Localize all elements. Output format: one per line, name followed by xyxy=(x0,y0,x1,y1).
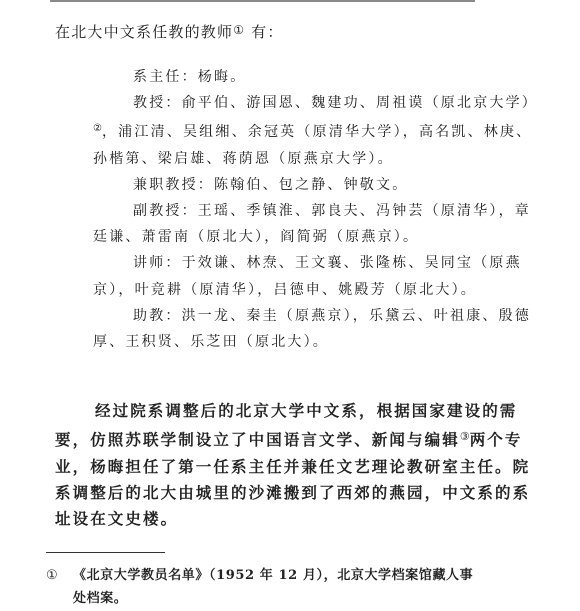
intro-line: 在北大中文系任教的教师①有： xyxy=(55,20,284,42)
staff-list: 系主任：杨晦。 教授：俞平伯、游国恩、魏建功、周祖谟（原北京大学）②，浦江清、吴… xyxy=(93,64,533,355)
footnote-separator xyxy=(46,552,165,553)
staff-item-department-head: 系主任：杨晦。 xyxy=(93,64,533,90)
footnote-number: ① xyxy=(46,564,73,610)
staff-item-associate-professors: 副教授：王瑶、季镇淮、郭良夫、冯钟芸（原清华），章廷谦、萧雷南（原北大），阎简弼… xyxy=(93,198,533,250)
footnote-reference-3[interactable]: ③ xyxy=(460,430,470,443)
staff-item-adjunct-professors: 兼职教授：陈翰伯、包之静、钟敬文。 xyxy=(93,172,533,198)
staff-item-assistants: 助教：洪一龙、秦圭（原燕京），乐黛云、叶祖康、殷德厚、王积贤、乐芝田（原北大）。 xyxy=(93,303,533,355)
staff-item-lecturers: 讲师：于效谦、林焘、王文襄、张隆栋、吴同宝（原燕京），叶竞耕（原清华），吕德申、… xyxy=(93,250,533,302)
body-paragraph: 经过院系调整后的北京大学中文系，根据国家建设的需要，仿照苏联学制设立了中国语言文… xyxy=(55,398,535,532)
footnote-text: 《北京大学教员名单》（1952 年 12 月），北京大学档案馆藏人事处档案。 xyxy=(73,564,486,610)
footnote-reference-2[interactable]: ② xyxy=(93,123,102,134)
staff-item-professors: 教授：俞平伯、游国恩、魏建功、周祖谟（原北京大学）②，浦江清、吴组缃、余冠英（原… xyxy=(93,90,533,172)
footnote-1: ① 《北京大学教员名单》（1952 年 12 月），北京大学档案馆藏人事处档案。 xyxy=(46,564,486,610)
professors-text-continued: ，浦江清、吴组缃、余冠英（原清华大学），高名凯、林庚、孙楷第、梁启雄、蒋荫恩（原… xyxy=(93,124,532,166)
intro-text: 在北大中文系任教的教师 xyxy=(55,23,233,41)
professors-text: 教授：俞平伯、游国恩、魏建功、周祖谟（原北京大学） xyxy=(133,95,538,111)
intro-suffix: 有： xyxy=(251,23,283,41)
footnote-reference-1[interactable]: ① xyxy=(233,23,245,37)
paragraph-text: 经过院系调整后的北京大学中文系，根据国家建设的需要，仿照苏联学制设立了中国语言文… xyxy=(55,401,517,449)
top-page-rule xyxy=(50,0,475,2)
